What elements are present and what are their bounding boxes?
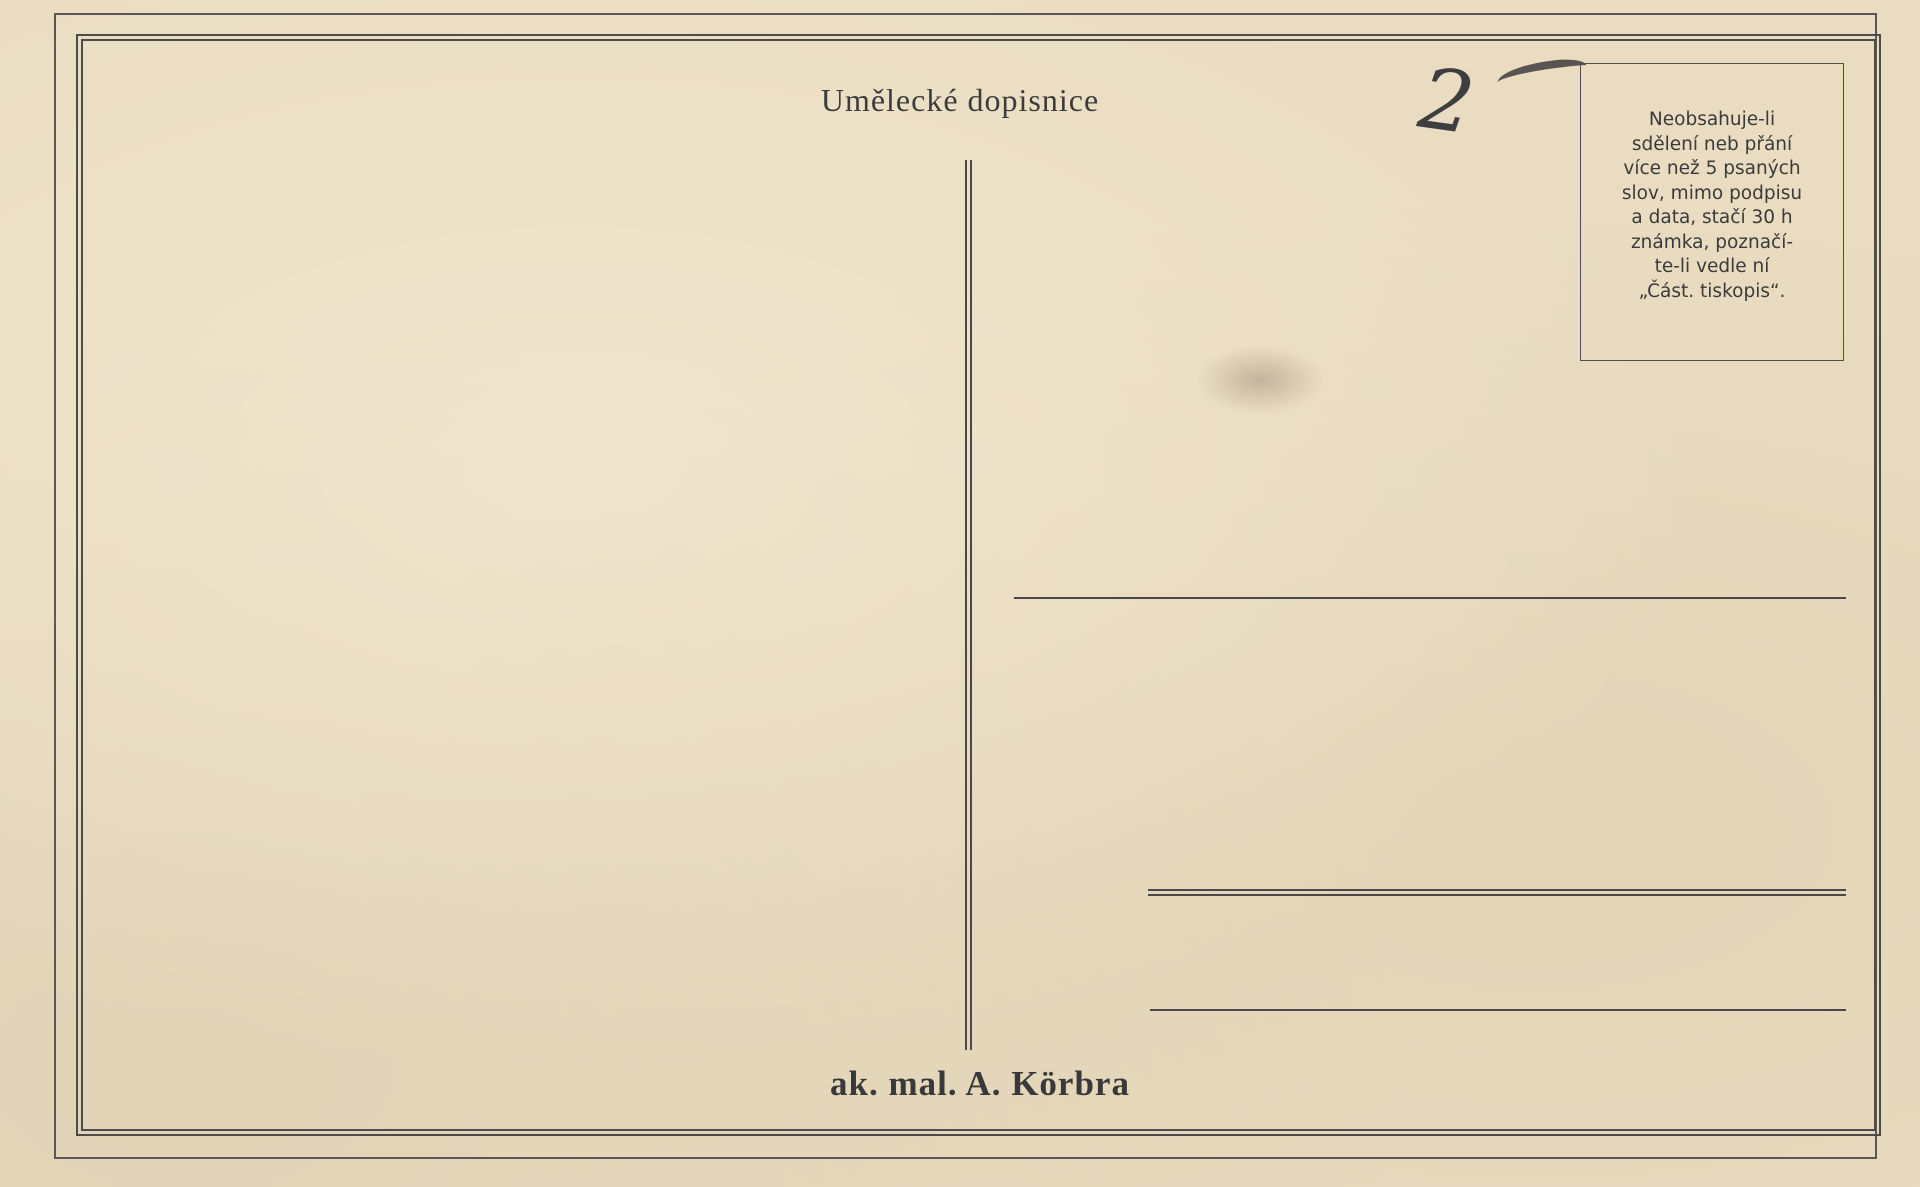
stamp-line: te-li vedle ní bbox=[1581, 255, 1843, 280]
address-line-2b bbox=[1148, 894, 1846, 896]
stamp-box: Neobsahuje-li sdělení neb přání více než… bbox=[1580, 63, 1844, 361]
stamp-line: více než 5 psaných bbox=[1581, 157, 1843, 182]
stamp-line: slov, mimo podpisu bbox=[1581, 182, 1843, 207]
divider-line-left bbox=[965, 160, 967, 1050]
address-line-2a bbox=[1148, 889, 1846, 891]
stamp-line: „Část. tiskopis“. bbox=[1581, 280, 1843, 305]
address-line-1 bbox=[1014, 597, 1846, 599]
postcard-title: Umělecké dopisnice bbox=[780, 82, 1140, 119]
address-line-3 bbox=[1150, 1009, 1846, 1011]
artist-credit: ak. mal. A. Körbra bbox=[780, 1064, 1180, 1104]
stamp-line: a data, stačí 30 h bbox=[1581, 206, 1843, 231]
stamp-line: sdělení neb přání bbox=[1581, 133, 1843, 158]
stamp-instructions: Neobsahuje-li sdělení neb přání více než… bbox=[1581, 108, 1843, 304]
divider-line-right bbox=[970, 160, 972, 1050]
stamp-line: Neobsahuje-li bbox=[1581, 108, 1843, 133]
ink-smudge bbox=[1195, 345, 1325, 415]
stamp-line: známka, poznačí- bbox=[1581, 231, 1843, 256]
